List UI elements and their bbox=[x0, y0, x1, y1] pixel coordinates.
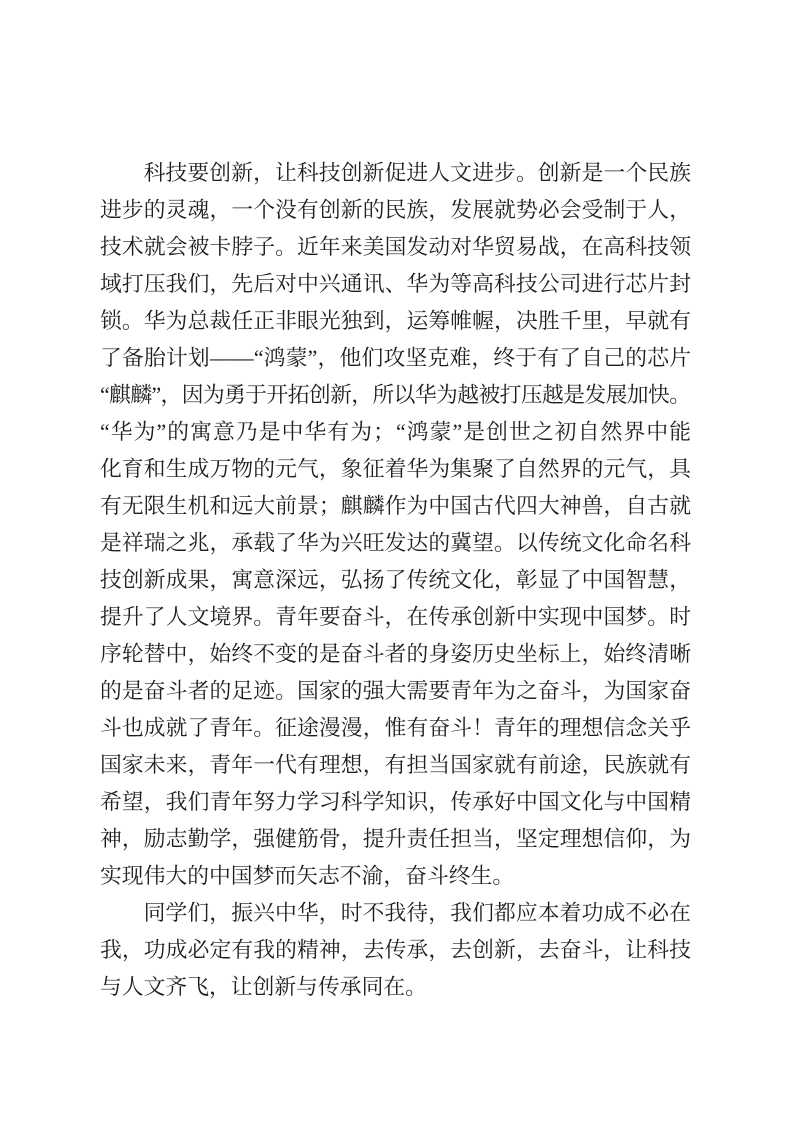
text-line-content: 与人文齐飞，让创新与传承同在。 bbox=[100, 975, 427, 999]
text-line: 锁。华为总裁任正非眼光独到，运筹帷幄，决胜千里，早就有 bbox=[100, 303, 691, 340]
document-body: 科技要创新，让科技创新促进人文进步。创新是一个民族进步的灵魂，一个没有创新的民族… bbox=[100, 155, 691, 1006]
text-line: 技创新成果，寓意深远，弘扬了传统文化，彰显了中国智慧， bbox=[100, 562, 691, 599]
text-line-content: 锁。华为总裁任正非眼光独到，运筹帷幄，决胜千里，早就有 bbox=[100, 309, 691, 333]
text-line: 我，功成必定有我的精神，去传承，去创新，去奋斗，让科技 bbox=[100, 932, 691, 969]
text-line: 域打压我们，先后对中兴通讯、华为等高科技公司进行芯片封 bbox=[100, 266, 691, 303]
text-line: 技术就会被卡脖子。近年来美国发动对华贸易战，在高科技领 bbox=[100, 229, 691, 266]
text-line-content: 实现伟大的中国梦而矢志不渝，奋斗终生。 bbox=[100, 864, 514, 888]
text-line-content: 化育和生成万物的元气，象征着华为集聚了自然界的元气，具 bbox=[100, 457, 691, 481]
text-line-content: 技术就会被卡脖子。近年来美国发动对华贸易战，在高科技领 bbox=[100, 235, 691, 259]
text-line-content: 希望，我们青年努力学习科学知识，传承好中国文化与中国精 bbox=[100, 790, 691, 814]
text-line-content: 序轮替中，始终不变的是奋斗者的身姿历史坐标上，始终清晰 bbox=[100, 642, 691, 666]
text-line: 进步的灵魂，一个没有创新的民族，发展就势必会受制于人， bbox=[100, 192, 691, 229]
text-line: 序轮替中，始终不变的是奋斗者的身姿历史坐标上，始终清晰 bbox=[100, 636, 691, 673]
document-page: 科技要创新，让科技创新促进人文进步。创新是一个民族进步的灵魂，一个没有创新的民族… bbox=[0, 0, 793, 1122]
text-line: 神，励志勤学，强健筋骨，提升责任担当，坚定理想信仰，为 bbox=[100, 821, 691, 858]
text-line-content: 技创新成果，寓意深远，弘扬了传统文化，彰显了中国智慧， bbox=[100, 568, 691, 592]
text-line-content: “麒麟”，因为勇于开拓创新，所以华为越被打压越是发展加快。 bbox=[100, 383, 690, 407]
text-line-content: 是祥瑞之兆，承载了华为兴旺发达的冀望。以传统文化命名科 bbox=[100, 531, 691, 555]
text-line: 了备胎计划——“鸿蒙”，他们攻坚克难，终于有了自己的芯片 bbox=[100, 340, 691, 377]
text-line: 同学们，振兴中华，时不我待，我们都应本着功成不必在 bbox=[100, 895, 691, 932]
text-line-content: 我，功成必定有我的精神，去传承，去创新，去奋斗，让科技 bbox=[100, 938, 691, 962]
text-line-content: “华为”的寓意乃是中华有为；“鸿蒙”是创世之初自然界中能 bbox=[100, 420, 692, 444]
text-line-content: 有无限生机和远大前景；麒麟作为中国古代四大神兽，自古就 bbox=[100, 494, 691, 518]
text-line: 实现伟大的中国梦而矢志不渝，奋斗终生。 bbox=[100, 858, 691, 895]
text-line: 希望，我们青年努力学习科学知识，传承好中国文化与中国精 bbox=[100, 784, 691, 821]
text-line-content: 域打压我们，先后对中兴通讯、华为等高科技公司进行芯片封 bbox=[100, 272, 691, 296]
text-line: 提升了人文境界。青年要奋斗，在传承创新中实现中国梦。时 bbox=[100, 599, 691, 636]
text-line-content: 提升了人文境界。青年要奋斗，在传承创新中实现中国梦。时 bbox=[100, 605, 691, 629]
text-line-content: 了备胎计划——“鸿蒙”，他们攻坚克难，终于有了自己的芯片 bbox=[100, 346, 691, 370]
text-line: 国家未来，青年一代有理想，有担当国家就有前途，民族就有 bbox=[100, 747, 691, 784]
text-line: 是祥瑞之兆，承载了华为兴旺发达的冀望。以传统文化命名科 bbox=[100, 525, 691, 562]
text-line: 的是奋斗者的足迹。国家的强大需要青年为之奋斗，为国家奋 bbox=[100, 673, 691, 710]
text-line-content: 国家未来，青年一代有理想，有担当国家就有前途，民族就有 bbox=[100, 753, 691, 777]
text-line-content: 神，励志勤学，强健筋骨，提升责任担当，坚定理想信仰，为 bbox=[100, 827, 691, 851]
text-line: 科技要创新，让科技创新促进人文进步。创新是一个民族 bbox=[100, 155, 691, 192]
text-line: “华为”的寓意乃是中华有为；“鸿蒙”是创世之初自然界中能 bbox=[100, 414, 691, 451]
text-line: “麒麟”，因为勇于开拓创新，所以华为越被打压越是发展加快。 bbox=[100, 377, 691, 414]
text-line: 斗也成就了青年。征途漫漫，惟有奋斗！青年的理想信念关乎 bbox=[100, 710, 691, 747]
text-line: 化育和生成万物的元气，象征着华为集聚了自然界的元气，具 bbox=[100, 451, 691, 488]
text-line-content: 的是奋斗者的足迹。国家的强大需要青年为之奋斗，为国家奋 bbox=[100, 679, 691, 703]
text-line-content: 进步的灵魂，一个没有创新的民族，发展就势必会受制于人， bbox=[100, 198, 691, 222]
text-line: 与人文齐飞，让创新与传承同在。 bbox=[100, 969, 691, 1006]
text-line: 有无限生机和远大前景；麒麟作为中国古代四大神兽，自古就 bbox=[100, 488, 691, 525]
text-line-content: 同学们，振兴中华，时不我待，我们都应本着功成不必在 bbox=[144, 901, 692, 925]
text-line-content: 科技要创新，让科技创新促进人文进步。创新是一个民族 bbox=[144, 161, 692, 185]
text-line-content: 斗也成就了青年。征途漫漫，惟有奋斗！青年的理想信念关乎 bbox=[100, 716, 691, 740]
